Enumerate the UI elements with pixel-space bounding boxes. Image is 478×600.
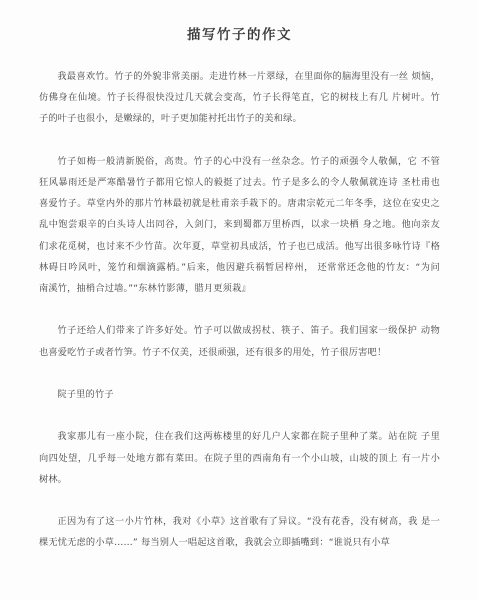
document-body: 我最喜欢竹。竹子的外貌非常美丽。走进竹林一片翠绿，在里面你的脑海里没有一丝 烦恼… xyxy=(39,66,440,554)
paragraph: 竹子如梅一般清新脱俗，高贵。竹子的心中没有一丝杂念。竹子的顽强令人敬佩，它 不管… xyxy=(39,151,440,299)
text-line: 喜爱竹子。草堂内外的那片竹林最初就是杜甫亲手栽下的。唐肃宗乾元二年冬季，这位在安… xyxy=(39,193,440,214)
paragraph: 我最喜欢竹。竹子的外貌非常美丽。走进竹林一片翠绿，在里面你的脑海里没有一丝 烦恼… xyxy=(39,66,440,130)
text-line: 仿佛身在仙境。竹子长得很快没过几天就会变高，竹子长得笔直，它的树枝上有几 片树叶… xyxy=(39,87,440,108)
text-line: 林碍日吟风叶，笼竹和烟滴露梢。”后来，他因避兵祸暂居梓州， 还常常还念他的竹友：… xyxy=(39,257,440,278)
text-line: 竹子还给人们带来了许多好处。竹子可以做成拐杖、筷子、笛子。我们国家一级保护 动物 xyxy=(39,320,440,341)
document-title: 描写竹子的作文 xyxy=(39,26,440,44)
text-line: 我家那儿有一座小院，住在我们这两栋楼里的好几户人家都在院子里种了菜。站在院 子里 xyxy=(39,426,440,447)
text-line: 我最喜欢竹。竹子的外貌非常美丽。走进竹林一片翠绿，在里面你的脑海里没有一丝 烦恼… xyxy=(39,66,440,87)
document-page: 描写竹子的作文 我最喜欢竹。竹子的外貌非常美丽。走进竹林一片翠绿，在里面你的脑海… xyxy=(0,0,478,600)
text-line: 棵无忧无虑的小草……” 每当别人一唱起这首歌，我就会立即插嘴到：“谁说只有小草 xyxy=(39,532,440,553)
text-line: 向四处望，几乎每一处地方都有菜田。在院子里的西南角有一个小山坡，山坡的顶上 有一… xyxy=(39,448,440,469)
text-line: 子的叶子也很小，是嫩绿的，叶子更加能衬托出竹子的美和绿。 xyxy=(39,108,440,129)
paragraph: 正因为有了这一小片竹林，我对《小草》这首歌有了异议。“没有花香，没有树高，我 是… xyxy=(39,511,440,553)
text-line: 正因为有了这一小片竹林，我对《小草》这首歌有了异议。“没有花香，没有树高，我 是… xyxy=(39,511,440,532)
text-line: 们求花觅树，也讨来不少竹苗。次年夏，草堂初具成活，竹子也已成活。他写出很多咏竹诗… xyxy=(39,236,440,257)
text-line: 也喜爱吃竹子或者竹笋。竹子不仅美，还很顽强，还有很多的用处，竹子很厉害吧！ xyxy=(39,342,440,363)
text-line: 树林。 xyxy=(39,469,440,490)
text-line: 狂风暴雨还是严寒酷暑竹子都用它惊人的毅挺了过去。竹子是多么的令人敬佩就连诗 圣杜… xyxy=(39,172,440,193)
text-line: 院子里的竹子 xyxy=(39,384,440,405)
text-line: 乱中饱尝艰辛的白头诗人出同谷，入剑门，来到蜀都万里桥西，以求一块栖 身之地。他向… xyxy=(39,214,440,235)
paragraph: 我家那儿有一座小院，住在我们这两栋楼里的好几户人家都在院子里种了菜。站在院 子里… xyxy=(39,426,440,490)
section-subheading: 院子里的竹子 xyxy=(39,384,440,405)
paragraph: 竹子还给人们带来了许多好处。竹子可以做成拐杖、筷子、笛子。我们国家一级保护 动物… xyxy=(39,320,440,362)
text-line: 南溪竹，抽梢合过墙。”“东林竹影薄，腊月更须栽』 xyxy=(39,278,440,299)
text-line: 竹子如梅一般清新脱俗，高贵。竹子的心中没有一丝杂念。竹子的顽强令人敬佩，它 不管 xyxy=(39,151,440,172)
